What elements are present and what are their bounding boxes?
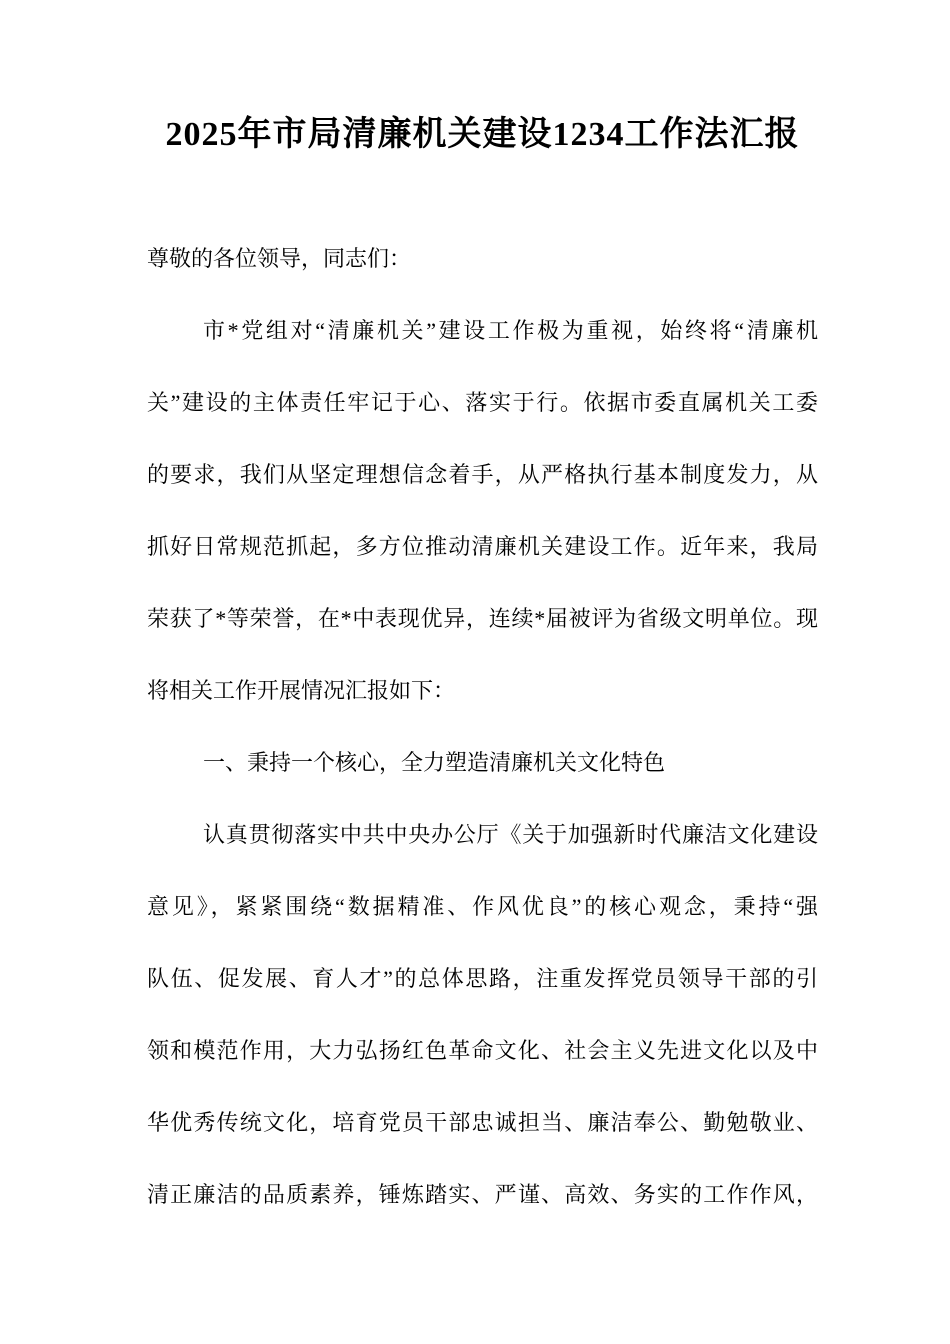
document-content: 2025年市局清廉机关建设1234工作法汇报 尊敬的各位领导，同志们：市*党组对… [147, 0, 818, 1231]
text-line: 抓好日常规范抓起，多方位推动清廉机关建设工作。近年来，我局 [147, 511, 818, 583]
text-line: 队伍、促发展、育人才”的总体思路，注重发挥党员领导干部的引 [147, 943, 818, 1015]
document-body: 尊敬的各位领导，同志们：市*党组对“清廉机关”建设工作极为重视，始终将“清廉机关… [147, 223, 818, 1231]
text-line: 意见》，紧紧围绕“数据精准、作风优良”的核心观念，秉持“强 [147, 871, 818, 943]
document-page: 2025年市局清廉机关建设1234工作法汇报 尊敬的各位领导，同志们：市*党组对… [0, 0, 950, 1344]
text-line: 关”建设的主体责任牢记于心、落实于行。依据市委直属机关工委 [147, 367, 818, 439]
paragraph-section-one-body: 认真贯彻落实中共中央办公厅《关于加强新时代廉洁文化建设的意见》，紧紧围绕“数据精… [147, 799, 818, 1231]
text-line: 一、秉持一个核心，全力塑造清廉机关文化特色 [147, 727, 818, 799]
text-line: 荣获了*等荣誉，在*中表现优异，连续*届被评为省级文明单位。现 [147, 583, 818, 655]
text-line: 的要求，我们从坚定理想信念着手，从严格执行基本制度发力，从 [147, 439, 818, 511]
paragraph-intro: 市*党组对“清廉机关”建设工作极为重视，始终将“清廉机关”建设的主体责任牢记于心… [147, 295, 818, 727]
text-line: 华优秀传统文化，培育党员干部忠诚担当、廉洁奉公、勤勉敬业、 [147, 1087, 818, 1159]
text-line: 市*党组对“清廉机关”建设工作极为重视，始终将“清廉机 [147, 295, 818, 367]
paragraph-section-one-heading: 一、秉持一个核心，全力塑造清廉机关文化特色 [147, 727, 818, 799]
text-line: 认真贯彻落实中共中央办公厅《关于加强新时代廉洁文化建设的 [147, 799, 818, 871]
text-line: 尊敬的各位领导，同志们： [147, 223, 818, 295]
document-title: 2025年市局清廉机关建设1234工作法汇报 [147, 0, 818, 158]
text-line: 将相关工作开展情况汇报如下： [147, 655, 818, 727]
text-line: 领和模范作用，大力弘扬红色革命文化、社会主义先进文化以及中 [147, 1015, 818, 1087]
text-line: 清正廉洁的品质素养，锤炼踏实、严谨、高效、务实的工作作风， [147, 1159, 818, 1231]
paragraph-salutation: 尊敬的各位领导，同志们： [147, 223, 818, 295]
